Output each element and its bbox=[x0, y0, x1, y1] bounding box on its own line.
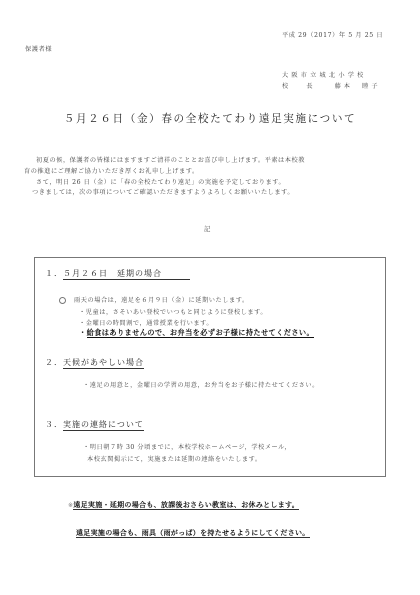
section-1-title: ５月２６日 延期の場合 bbox=[63, 269, 190, 280]
greeting-line-1: 初夏の候，保護者の皆様にはますますご清祥のこととお喜び申し上げます。平素は本校教 bbox=[36, 155, 305, 164]
section-1-lead: 雨天の場合は，遠足を６月９日（金）に延期いたします。 bbox=[59, 295, 249, 304]
section-2-number: ２． bbox=[45, 358, 63, 367]
section-3-item-1: ・明日朝７時 30 分頃までに，本校学校ホームページ，学校メール， bbox=[83, 442, 291, 451]
note-2-text: 遠足実施の場合も、雨具（雨がっぱ）を持たせるようにしてください。 bbox=[76, 529, 310, 538]
note-raingear: 遠足実施の場合も、雨具（雨がっぱ）を持たせるようにしてください。 bbox=[76, 528, 310, 538]
principal-title: 校 長 bbox=[282, 81, 332, 90]
section-2-item-1: ・遠足の用意と，金曜日の学習の用意，お弁当をお子様に持たせてください。 bbox=[83, 380, 319, 389]
section-2-heading: ２．天候があやしい場合 bbox=[45, 357, 144, 368]
bullet: ・ bbox=[79, 328, 87, 337]
details-box: １．５月２６日 延期の場合 雨天の場合は，遠足を６月９日（金）に延期いたします。… bbox=[34, 257, 386, 477]
section-1-item-1: ・児童は，さそいあい登校でいつもと同じように登校します。 bbox=[79, 307, 267, 316]
document-date: 平成 29（2017）年 5 月 25 日 bbox=[282, 30, 383, 39]
section-2-title: 天候があやしい場合 bbox=[63, 358, 144, 369]
note-1-text: 遠足実施・延期の場合も、放課後おさらい教室は、お休みとします。 bbox=[73, 501, 299, 510]
section-3-heading: ３．実施の連絡について bbox=[45, 419, 144, 430]
section-3-number: ３． bbox=[45, 420, 63, 429]
section-3-title: 実施の連絡について bbox=[63, 420, 144, 431]
section-3-item-2: 本校玄関掲示にて，実施または延期の連絡をいたします。 bbox=[87, 454, 262, 463]
principal-signature: 校 長 藤本 睦子 bbox=[282, 81, 381, 90]
note-after-school-class: ※遠足実施・延期の場合も、放課後おさらい教室は、お休みとします。 bbox=[68, 500, 299, 510]
principal-name: 藤本 睦子 bbox=[335, 81, 381, 90]
section-1-item-2: ・金曜日の時間割で，通常授業を行います。 bbox=[79, 318, 213, 327]
section-1-lead-text: 雨天の場合は，遠足を６月９日（金）に延期いたします。 bbox=[74, 297, 249, 304]
greeting-line-2: 育の推進にご理解ご協力いただき厚くお礼申し上げます。 bbox=[24, 166, 199, 175]
document-title: ５月２６日（金）春の全校たてわり遠足実施について bbox=[0, 111, 420, 126]
lunch-notice: 給食はありませんので、お弁当を必ずお子様に持たせてください。 bbox=[87, 328, 314, 338]
request-paragraph: つきましては，次の事項についてご確認いただきますようよろしくお願いいたします。 bbox=[32, 187, 294, 196]
announcement-paragraph: さて，明日 26 日（金）に「春の全校たてわり遠足」の実施を予定しております。 bbox=[36, 177, 285, 186]
recipient: 保護者様 bbox=[25, 44, 52, 53]
circle-bullet-icon bbox=[59, 297, 66, 304]
section-1-number: １． bbox=[45, 269, 63, 278]
section-1-emphasis: ・給食はありませんので、お弁当を必ずお子様に持たせてください。 bbox=[79, 328, 314, 338]
section-1-heading: １．５月２６日 延期の場合 bbox=[45, 268, 190, 279]
ki-marker: 記 bbox=[204, 224, 210, 233]
school-name: 大阪市立城北小学校 bbox=[282, 70, 367, 79]
